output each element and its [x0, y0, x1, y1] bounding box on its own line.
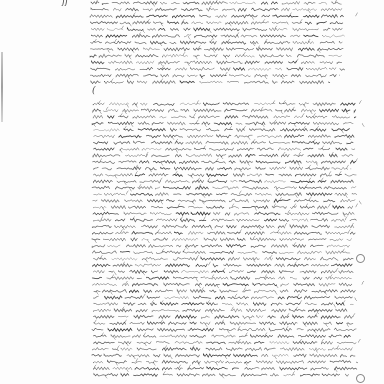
manuscript-page: ff ( [0, 0, 384, 384]
handwritten-text [0, 0, 384, 384]
circle-mark [356, 254, 365, 263]
circle-mark [356, 374, 365, 383]
paragraph-2 [92, 100, 364, 378]
paragraph-1 [90, 0, 358, 84]
